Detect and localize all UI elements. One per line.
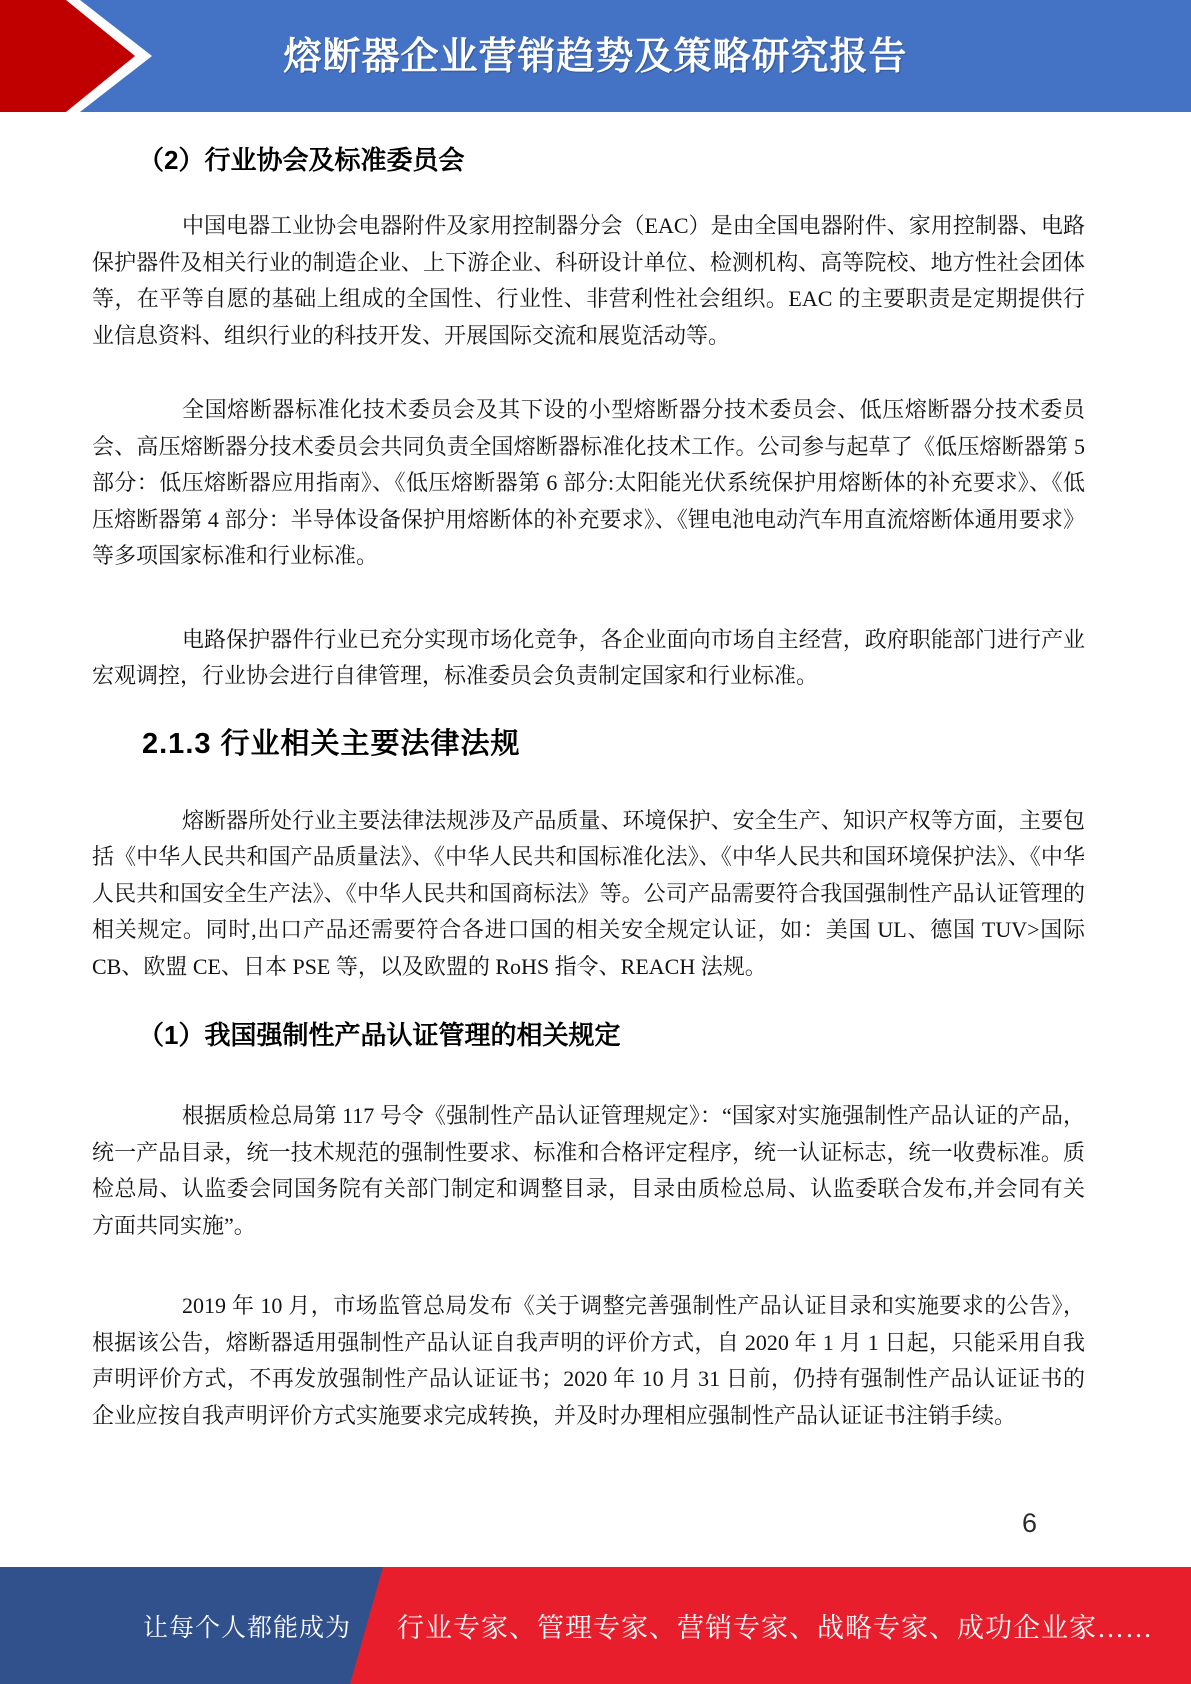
report-header: 熔断器企业营销趋势及策略研究报告 [0,0,1191,112]
page-number: 6 [1022,1508,1037,1539]
footer-right-text: 行业专家、管理专家、营销专家、战略专家、成功企业家…… [397,1567,1153,1684]
paragraph-regulation-117: 根据质检总局第 117 号令《强制性产品认证管理规定》：“国家对实施强制性产品认… [92,1098,1085,1244]
paragraph-related-laws: 熔断器所处行业主要法律法规涉及产品质量、环境保护、安全生产、知识产权等方面，主要… [92,803,1085,986]
section-heading-ccc-regulation: （1）我国强制性产品认证管理的相关规定 [138,1017,1085,1053]
section-heading-industry-association: （2）行业协会及标准委员会 [138,142,1085,178]
page-footer: 让每个人都能成为 行业专家、管理专家、营销专家、战略专家、成功企业家…… [0,1567,1191,1684]
report-page: 熔断器企业营销趋势及策略研究报告 （2）行业协会及标准委员会 中国电器工业协会电… [0,0,1191,1684]
paragraph-market-competition: 电路保护器件行业已充分实现市场化竞争，各企业面向市场自主经营，政府职能部门进行产… [92,622,1085,695]
footer-left-text: 让每个人都能成为 [143,1567,351,1684]
report-title: 熔断器企业营销趋势及策略研究报告 [0,0,1191,104]
section-heading-laws-regulations: 2.1.3 行业相关主要法律法规 [142,725,1085,763]
paragraph-2019-announcement: 2019 年 10 月，市场监管总局发布《关于调整完善强制性产品认证目录和实施要… [92,1288,1085,1434]
paragraph-standards-committee: 全国熔断器标准化技术委员会及其下设的小型熔断器分技术委员会、低压熔断器分技术委员… [92,392,1085,575]
paragraph-eac-association: 中国电器工业协会电器附件及家用控制器分会（EAC）是由全国电器附件、家用控制器、… [92,208,1085,354]
document-body: （2）行业协会及标准委员会 中国电器工业协会电器附件及家用控制器分会（EAC）是… [92,112,1085,1434]
